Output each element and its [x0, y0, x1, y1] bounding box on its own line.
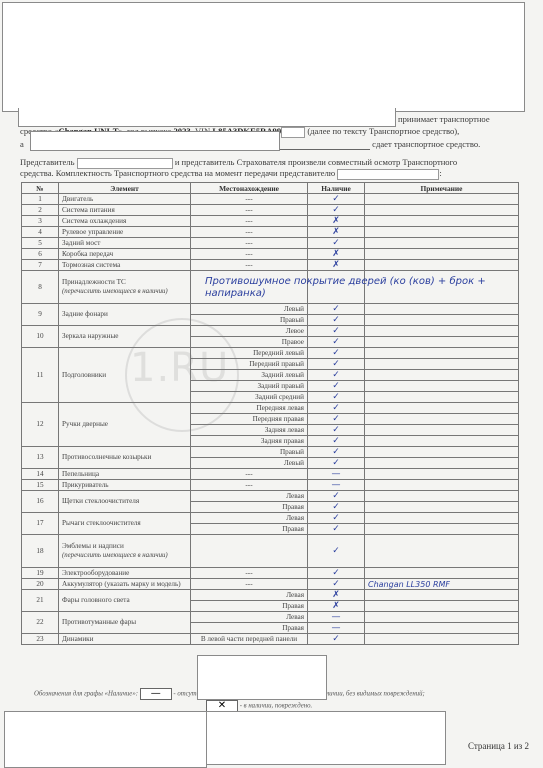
row-location: Левая [191, 590, 308, 601]
row-element: Зеркала наружные [59, 326, 191, 348]
row-presence-mark: ✗ [308, 601, 365, 612]
colon: : [439, 168, 441, 178]
row-presence-mark: — [308, 612, 365, 623]
row-note [365, 205, 519, 216]
table-row: 11ПодголовникиПередний левый✓ [22, 348, 519, 359]
row-note [365, 370, 519, 381]
row-number: 18 [22, 535, 59, 568]
redacted-signature-left [4, 711, 207, 768]
row-presence-mark: ✓ [308, 304, 365, 315]
row-element: Противосолнечные козырьки [59, 447, 191, 469]
row-element: Фары головного света [59, 590, 191, 612]
row-note [365, 436, 519, 447]
row-note [365, 568, 519, 579]
row-element: Электрооборудование [59, 568, 191, 579]
redacted-vin-suffix [281, 127, 305, 138]
table-row: 7Тормозная система---✗ [22, 260, 519, 271]
row-note [365, 315, 519, 326]
row-number: 5 [22, 238, 59, 249]
row-note [365, 524, 519, 535]
row-location: Левая [191, 513, 308, 524]
table-row: 19Электрооборудование---✓ [22, 568, 519, 579]
row-element: Пепельница [59, 469, 191, 480]
row-note [365, 392, 519, 403]
row-number: 19 [22, 568, 59, 579]
row-number: 8 [22, 271, 59, 304]
row-presence-mark: ✓ [308, 458, 365, 469]
row-note: Changan LL350 RMF [365, 579, 519, 590]
row-location: Правая [191, 623, 308, 634]
row-location: Задний правый [191, 381, 308, 392]
row-number: 3 [22, 216, 59, 227]
row-element: Система охлаждения [59, 216, 191, 227]
row-location: Левая [191, 491, 308, 502]
row-presence-mark: ✓ [308, 315, 365, 326]
header-line3: а [20, 139, 24, 150]
row-number: 22 [22, 612, 59, 634]
row-note [365, 227, 519, 238]
completeness-text: средства. Комплектность Транспортного ср… [20, 168, 335, 178]
row-number: 23 [22, 634, 59, 645]
row-number: 7 [22, 260, 59, 271]
row-location: Правый [191, 447, 308, 458]
row-number: 20 [22, 579, 59, 590]
row-note [365, 348, 519, 359]
table-row: 6Коробка передач---✗ [22, 249, 519, 260]
table-row: 23ДинамикиВ левой части передней панели✓ [22, 634, 519, 645]
row-presence-mark: ✓ [308, 502, 365, 513]
header-line1: принимает транспортное [398, 114, 490, 125]
row-note [365, 326, 519, 337]
row-presence-mark: ✗ [308, 249, 365, 260]
row-number: 21 [22, 590, 59, 612]
row-presence-mark: ✗ [308, 216, 365, 227]
row-location: --- [191, 480, 308, 491]
row-presence-mark: ✓ [308, 348, 365, 359]
row-presence-mark: — [308, 469, 365, 480]
row-presence-mark: ✓ [308, 414, 365, 425]
table-row: 2Система питания---✓ [22, 205, 519, 216]
row-presence-mark: ✓ [308, 403, 365, 414]
row-number: 6 [22, 249, 59, 260]
inspection-text: и представитель Страхователя произвели с… [175, 157, 457, 167]
table-row: 9Задние фонариЛевый✓ [22, 304, 519, 315]
row-location: Левый [191, 304, 308, 315]
table-row: 16Щетки стеклоочистителяЛевая✓ [22, 491, 519, 502]
table-row: 4Рулевое управление---✗ [22, 227, 519, 238]
row-element: Подголовники [59, 348, 191, 403]
inventory-table: № Элемент Местонахождение Наличие Примеч… [21, 182, 519, 645]
row-element: Задний мост [59, 238, 191, 249]
header-location: Местонахождение [191, 183, 308, 194]
row-note [365, 249, 519, 260]
row-presence-mark: ✓ [308, 513, 365, 524]
table-row: 21Фары головного светаЛевая✗ [22, 590, 519, 601]
row-presence-mark: ✓ [308, 194, 365, 205]
header-line3-end: сдает транспортное средство. [280, 139, 480, 150]
row-presence-mark: ✓ [308, 491, 365, 502]
row-presence-mark: ✗ [308, 590, 365, 601]
row-location: Передний левый [191, 348, 308, 359]
representative-label: Представитель [20, 157, 75, 167]
row-location: Правое [191, 337, 308, 348]
table-row: 18Эмблемы и надписи(перечислить имеющиес… [22, 535, 519, 568]
row-note [365, 194, 519, 205]
row-element: Коробка передач [59, 249, 191, 260]
row-note [365, 304, 519, 315]
table-row: 10Зеркала наружныеЛевое✓ [22, 326, 519, 337]
table-row: 22Противотуманные фарыЛевая— [22, 612, 519, 623]
legend-dash-icon: — [140, 688, 172, 700]
row-note [365, 425, 519, 436]
row-note [365, 216, 519, 227]
row-presence-mark: ✓ [308, 326, 365, 337]
redacted-recipient [337, 169, 439, 180]
row-location: Левое [191, 326, 308, 337]
table-row: 14Пепельница---— [22, 469, 519, 480]
row-element: Ручки дверные [59, 403, 191, 447]
row-presence-mark: ✓ [308, 381, 365, 392]
row-element-hint: (перечислить имеющиеся в наличии) [62, 551, 187, 560]
row-location: Правая [191, 524, 308, 535]
row-presence-mark: ✓ [308, 337, 365, 348]
row-note [365, 502, 519, 513]
signature-line [280, 149, 370, 150]
legend-check-text: - в наличии, без видимых повреждений; [311, 691, 425, 698]
row-location: Правая [191, 601, 308, 612]
row-number: 14 [22, 469, 59, 480]
row-presence-mark: ✓ [308, 634, 365, 645]
table-row: 20Аккумулятор (указать марку и модель)--… [22, 579, 519, 590]
row-location: Задняя левая [191, 425, 308, 436]
row-location: Передняя левая [191, 403, 308, 414]
row-presence-mark: ✓ [308, 524, 365, 535]
row-presence-mark: ✓ [308, 436, 365, 447]
row-presence-mark: ✓ [308, 238, 365, 249]
row-presence-mark: ✓ [308, 392, 365, 403]
row-element: Щетки стеклоочистителя [59, 491, 191, 513]
row-location: Правый [191, 315, 308, 326]
row-location: --- [191, 568, 308, 579]
row-element: Двигатель [59, 194, 191, 205]
row-presence-mark: ✓ [308, 579, 365, 590]
row-number: 17 [22, 513, 59, 535]
row-note [365, 238, 519, 249]
handwritten-accessories-note: Противошумное покрытие дверей (ко (ков) … [205, 276, 505, 300]
row-location: Задняя правая [191, 436, 308, 447]
row-location: Задний левый [191, 370, 308, 381]
header-element: Элемент [59, 183, 191, 194]
row-location: Задний средний [191, 392, 308, 403]
row-element: Задние фонари [59, 304, 191, 326]
row-element: Динамики [59, 634, 191, 645]
row-location: --- [191, 216, 308, 227]
row-presence-mark: ✓ [308, 535, 365, 568]
row-note [365, 491, 519, 502]
row-presence-mark: ✓ [308, 447, 365, 458]
row-number: 15 [22, 480, 59, 491]
row-element-hint: (перечислить имеющиеся в наличии) [62, 287, 187, 296]
row-location: Левая [191, 612, 308, 623]
row-number: 12 [22, 403, 59, 447]
redacted-signature-right [206, 711, 446, 765]
row-presence-mark: ✓ [308, 425, 365, 436]
row-note [365, 535, 519, 568]
row-location: Передняя правая [191, 414, 308, 425]
row-number: 13 [22, 447, 59, 469]
row-number: 10 [22, 326, 59, 348]
row-location: Левый [191, 458, 308, 469]
row-location: --- [191, 227, 308, 238]
row-note [365, 469, 519, 480]
row-note [365, 623, 519, 634]
row-element: Тормозная система [59, 260, 191, 271]
row-location: --- [191, 249, 308, 260]
row-number: 9 [22, 304, 59, 326]
redacted-representative [77, 158, 173, 169]
row-element: Противотуманные фары [59, 612, 191, 634]
accepts-text: принимает транспортное [398, 114, 490, 124]
page-number: Страница 1 из 2 [468, 741, 529, 751]
row-note [365, 458, 519, 469]
row-location: В левой части передней панели [191, 634, 308, 645]
table-row: 13Противосолнечные козырькиПравый✓ [22, 447, 519, 458]
row-element: Рулевое управление [59, 227, 191, 238]
row-element: Рычаги стеклоочистителя [59, 513, 191, 535]
row-number: 16 [22, 491, 59, 513]
row-note [365, 634, 519, 645]
row-note [365, 480, 519, 491]
header-num: № [22, 183, 59, 194]
row-location: Передний правый [191, 359, 308, 370]
row-location: --- [191, 238, 308, 249]
row-presence-mark: ✗ [308, 260, 365, 271]
row-note [365, 260, 519, 271]
row-location: --- [191, 579, 308, 590]
row-number: 1 [22, 194, 59, 205]
row-presence-mark: — [308, 623, 365, 634]
row-element: Принадлежности ТС(перечислить имеющиеся … [59, 271, 191, 304]
row-presence-mark: — [308, 480, 365, 491]
row-element: Система питания [59, 205, 191, 216]
row-location [191, 535, 308, 568]
row-note [365, 359, 519, 370]
row-note [365, 513, 519, 524]
row-presence-mark: ✓ [308, 205, 365, 216]
and-prefix: а [20, 139, 24, 149]
row-presence-mark: ✗ [308, 227, 365, 238]
redacted-party-name [18, 108, 396, 127]
legend-cross-text: - в наличии, повреждено. [240, 703, 313, 710]
table-row: 3Система охлаждения---✗ [22, 216, 519, 227]
redacted-signature-overlay [197, 655, 327, 700]
row-location: --- [191, 194, 308, 205]
table-row: 12Ручки дверныеПередняя левая✓ [22, 403, 519, 414]
row-element: Прикуриватель [59, 480, 191, 491]
row-note [365, 447, 519, 458]
row-location: --- [191, 260, 308, 271]
table-row: 15Прикуриватель---— [22, 480, 519, 491]
header-line4: Представитель и представитель Страховате… [20, 157, 457, 169]
header-line5: средства. Комплектность Транспортного ср… [20, 168, 442, 180]
row-note [365, 381, 519, 392]
row-note [365, 612, 519, 623]
header-note: Примечание [365, 183, 519, 194]
redacted-header-block [2, 2, 525, 112]
header-presence: Наличие [308, 183, 365, 194]
table-row: 5Задний мост---✓ [22, 238, 519, 249]
row-note [365, 337, 519, 348]
row-note [365, 414, 519, 425]
transfers-text: сдает транспортное средство. [372, 139, 480, 149]
row-number: 4 [22, 227, 59, 238]
row-note [365, 590, 519, 601]
row-presence-mark: ✓ [308, 568, 365, 579]
legend-title: Обозначения для графы «Наличие»: [34, 691, 138, 698]
redacted-transferor-name [30, 131, 280, 151]
row-note [365, 601, 519, 612]
table-row: 17Рычаги стеклоочистителяЛевая✓ [22, 513, 519, 524]
row-number: 11 [22, 348, 59, 403]
row-presence-mark: ✓ [308, 370, 365, 381]
row-number: 2 [22, 205, 59, 216]
row-location: --- [191, 469, 308, 480]
row-note [365, 403, 519, 414]
row-location: --- [191, 205, 308, 216]
row-element: Эмблемы и надписи(перечислить имеющиеся … [59, 535, 191, 568]
vehicle-suffix: (далее по тексту Транспортное средство), [307, 126, 459, 136]
table-header-row: № Элемент Местонахождение Наличие Примеч… [22, 183, 519, 194]
row-element: Аккумулятор (указать марку и модель) [59, 579, 191, 590]
table-row: 1Двигатель---✓ [22, 194, 519, 205]
row-presence-mark: ✓ [308, 359, 365, 370]
row-location: Правая [191, 502, 308, 513]
